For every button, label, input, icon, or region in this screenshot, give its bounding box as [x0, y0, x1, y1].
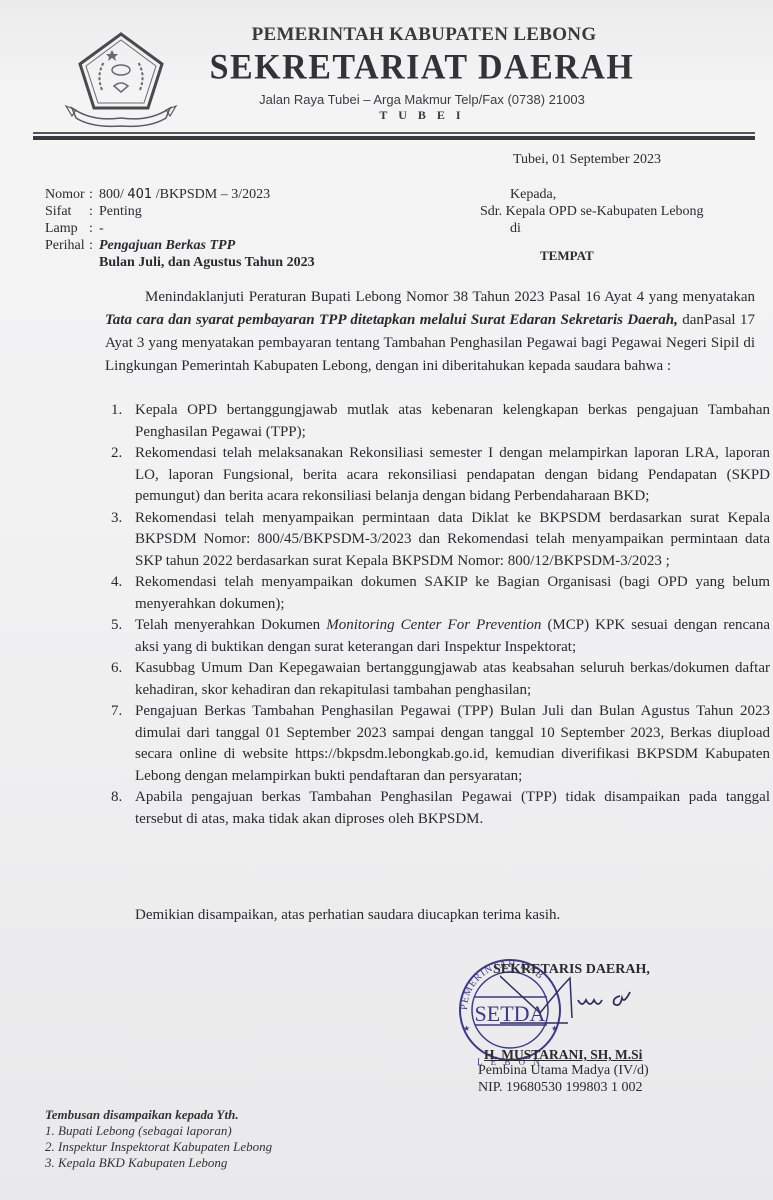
list-text: Apabila pengajuan berkas Tambahan Pengha… [135, 789, 770, 827]
meta-lamp: Lamp : - [45, 220, 315, 237]
list-text: Telah menyerahkan Dokumen [135, 617, 326, 633]
meta-label: Nomor [45, 186, 89, 203]
regency-coat-of-arms-icon [62, 30, 180, 130]
letterhead-office-name: SEKRETARIAT DAERAH [192, 48, 652, 88]
letter-page: PEMERINTAH KABUPATEN LEBONG SEKRETARIAT … [0, 0, 773, 1200]
list-number: 4. [111, 572, 122, 594]
recipient-name: Sdr. Kepala OPD se-Kabupaten Lebong [480, 203, 704, 220]
letterhead-address: Jalan Raya Tubei – Arga Makmur Telp/Fax … [222, 92, 622, 107]
letterhead-divider-thick [33, 136, 755, 140]
list-text: Kasubbag Umum Dan Kepegawaian bertanggun… [135, 660, 770, 698]
subject-line-1: Pengajuan Berkas TPP [99, 237, 315, 254]
recipient-di: di [480, 220, 704, 237]
nomor-handwritten: 401 [127, 187, 152, 202]
svg-text:★: ★ [463, 1024, 470, 1033]
recipient-greeting: Kepada, [480, 186, 704, 203]
list-text: Rekomendasi telah menyampaikan permintaa… [135, 510, 770, 569]
letterhead-city: T U B E I [222, 108, 622, 123]
list-number: 3. [111, 508, 122, 530]
list-number: 2. [111, 443, 122, 465]
letter-date: Tubei, 01 September 2023 [513, 152, 661, 168]
list-item: 6.Kasubbag Umum Dan Kepegawaian bertangg… [105, 658, 770, 701]
list-number: 1. [111, 400, 122, 422]
recipient-block: Kepada, Sdr. Kepala OPD se-Kabupaten Leb… [480, 186, 704, 237]
closing-remark: Demikian disampaikan, atas perhatian sau… [135, 907, 560, 924]
meta-colon: : [89, 220, 99, 237]
signatory-rank: Pembina Utama Madya (IV/d) [478, 1063, 649, 1079]
list-item: 3.Rekomendasi telah menyampaikan permint… [105, 508, 770, 573]
subject-line-2: Bulan Juli, dan Agustus Tahun 2023 [99, 254, 315, 271]
meta-colon: : [89, 203, 99, 220]
list-item: 7.Pengajuan Berkas Tambahan Penghasilan … [105, 701, 770, 787]
list-text: Rekomendasi telah menyampaikan dokumen S… [135, 574, 770, 612]
meta-colon: : [89, 237, 99, 271]
list-item: 8.Apabila pengajuan berkas Tambahan Peng… [105, 787, 770, 830]
meta-perihal: Perihal : Pengajuan Berkas TPP Bulan Jul… [45, 237, 315, 271]
meta-colon: : [89, 186, 99, 203]
carbon-copy-title: Tembusan disampaikan kepada Yth. [45, 1107, 272, 1123]
recipient-place: TEMPAT [540, 248, 594, 264]
intro-emphasis: Tata cara dan syarat pembayaran TPP dite… [105, 312, 678, 328]
meta-value: - [99, 220, 104, 237]
carbon-copy-item: 1. Bupati Lebong (sebagai laporan) [45, 1123, 272, 1139]
list-text-italic: Monitoring Center For Prevention [326, 617, 541, 633]
carbon-copy-item: 3. Kepala BKD Kabupaten Lebong [45, 1155, 272, 1171]
list-item: 1.Kepala OPD bertanggungjawab mutlak ata… [105, 400, 770, 443]
nomor-prefix: 800/ [99, 187, 127, 202]
handwritten-signature-icon [500, 968, 660, 1038]
meta-nomor: Nomor : 800/ 401 /BKPSDM – 3/2023 [45, 186, 315, 203]
meta-sifat: Sifat : Penting [45, 203, 315, 220]
list-text: Pengajuan Berkas Tambahan Penghasilan Pe… [135, 703, 770, 784]
letterhead-government-name: PEMERINTAH KABUPATEN LEBONG [228, 24, 620, 46]
nomor-suffix: /BKPSDM – 3/2023 [152, 187, 270, 202]
list-item: 4.Rekomendasi telah menyampaikan dokumen… [105, 572, 770, 615]
list-text: Rekomendasi telah melaksanakan Rekonsili… [135, 445, 770, 504]
requirements-list: 1.Kepala OPD bertanggungjawab mutlak ata… [105, 400, 770, 830]
list-text: Kepala OPD bertanggungjawab mutlak atas … [135, 402, 770, 440]
list-item: 5.Telah menyerahkan Dokumen Monitoring C… [105, 615, 770, 658]
meta-value: 800/ 401 /BKPSDM – 3/2023 [99, 186, 270, 203]
list-number: 8. [111, 787, 122, 809]
body-intro-paragraph: Menindaklanjuti Peraturan Bupati Lebong … [105, 286, 755, 378]
carbon-copy-item: 2. Inspektur Inspektorat Kabupaten Lebon… [45, 1139, 272, 1155]
list-number: 5. [111, 615, 122, 637]
meta-value: Penting [99, 203, 142, 220]
signatory-name: H. MUSTARANI, SH, M.Si [484, 1047, 642, 1063]
letterhead-divider-thin [33, 132, 755, 134]
list-number: 7. [111, 701, 122, 723]
list-number: 6. [111, 658, 122, 680]
meta-label: Lamp [45, 220, 89, 237]
letter-meta: Nomor : 800/ 401 /BKPSDM – 3/2023 Sifat … [45, 186, 315, 271]
carbon-copy-block: Tembusan disampaikan kepada Yth. 1. Bupa… [45, 1107, 272, 1171]
list-item: 2.Rekomendasi telah melaksanakan Rekonsi… [105, 443, 770, 508]
meta-label: Sifat [45, 203, 89, 220]
meta-label: Perihal [45, 237, 89, 271]
intro-text: Menindaklanjuti Peraturan Bupati Lebong … [145, 289, 755, 305]
signatory-nip: NIP. 19680530 199803 1 002 [478, 1080, 643, 1096]
